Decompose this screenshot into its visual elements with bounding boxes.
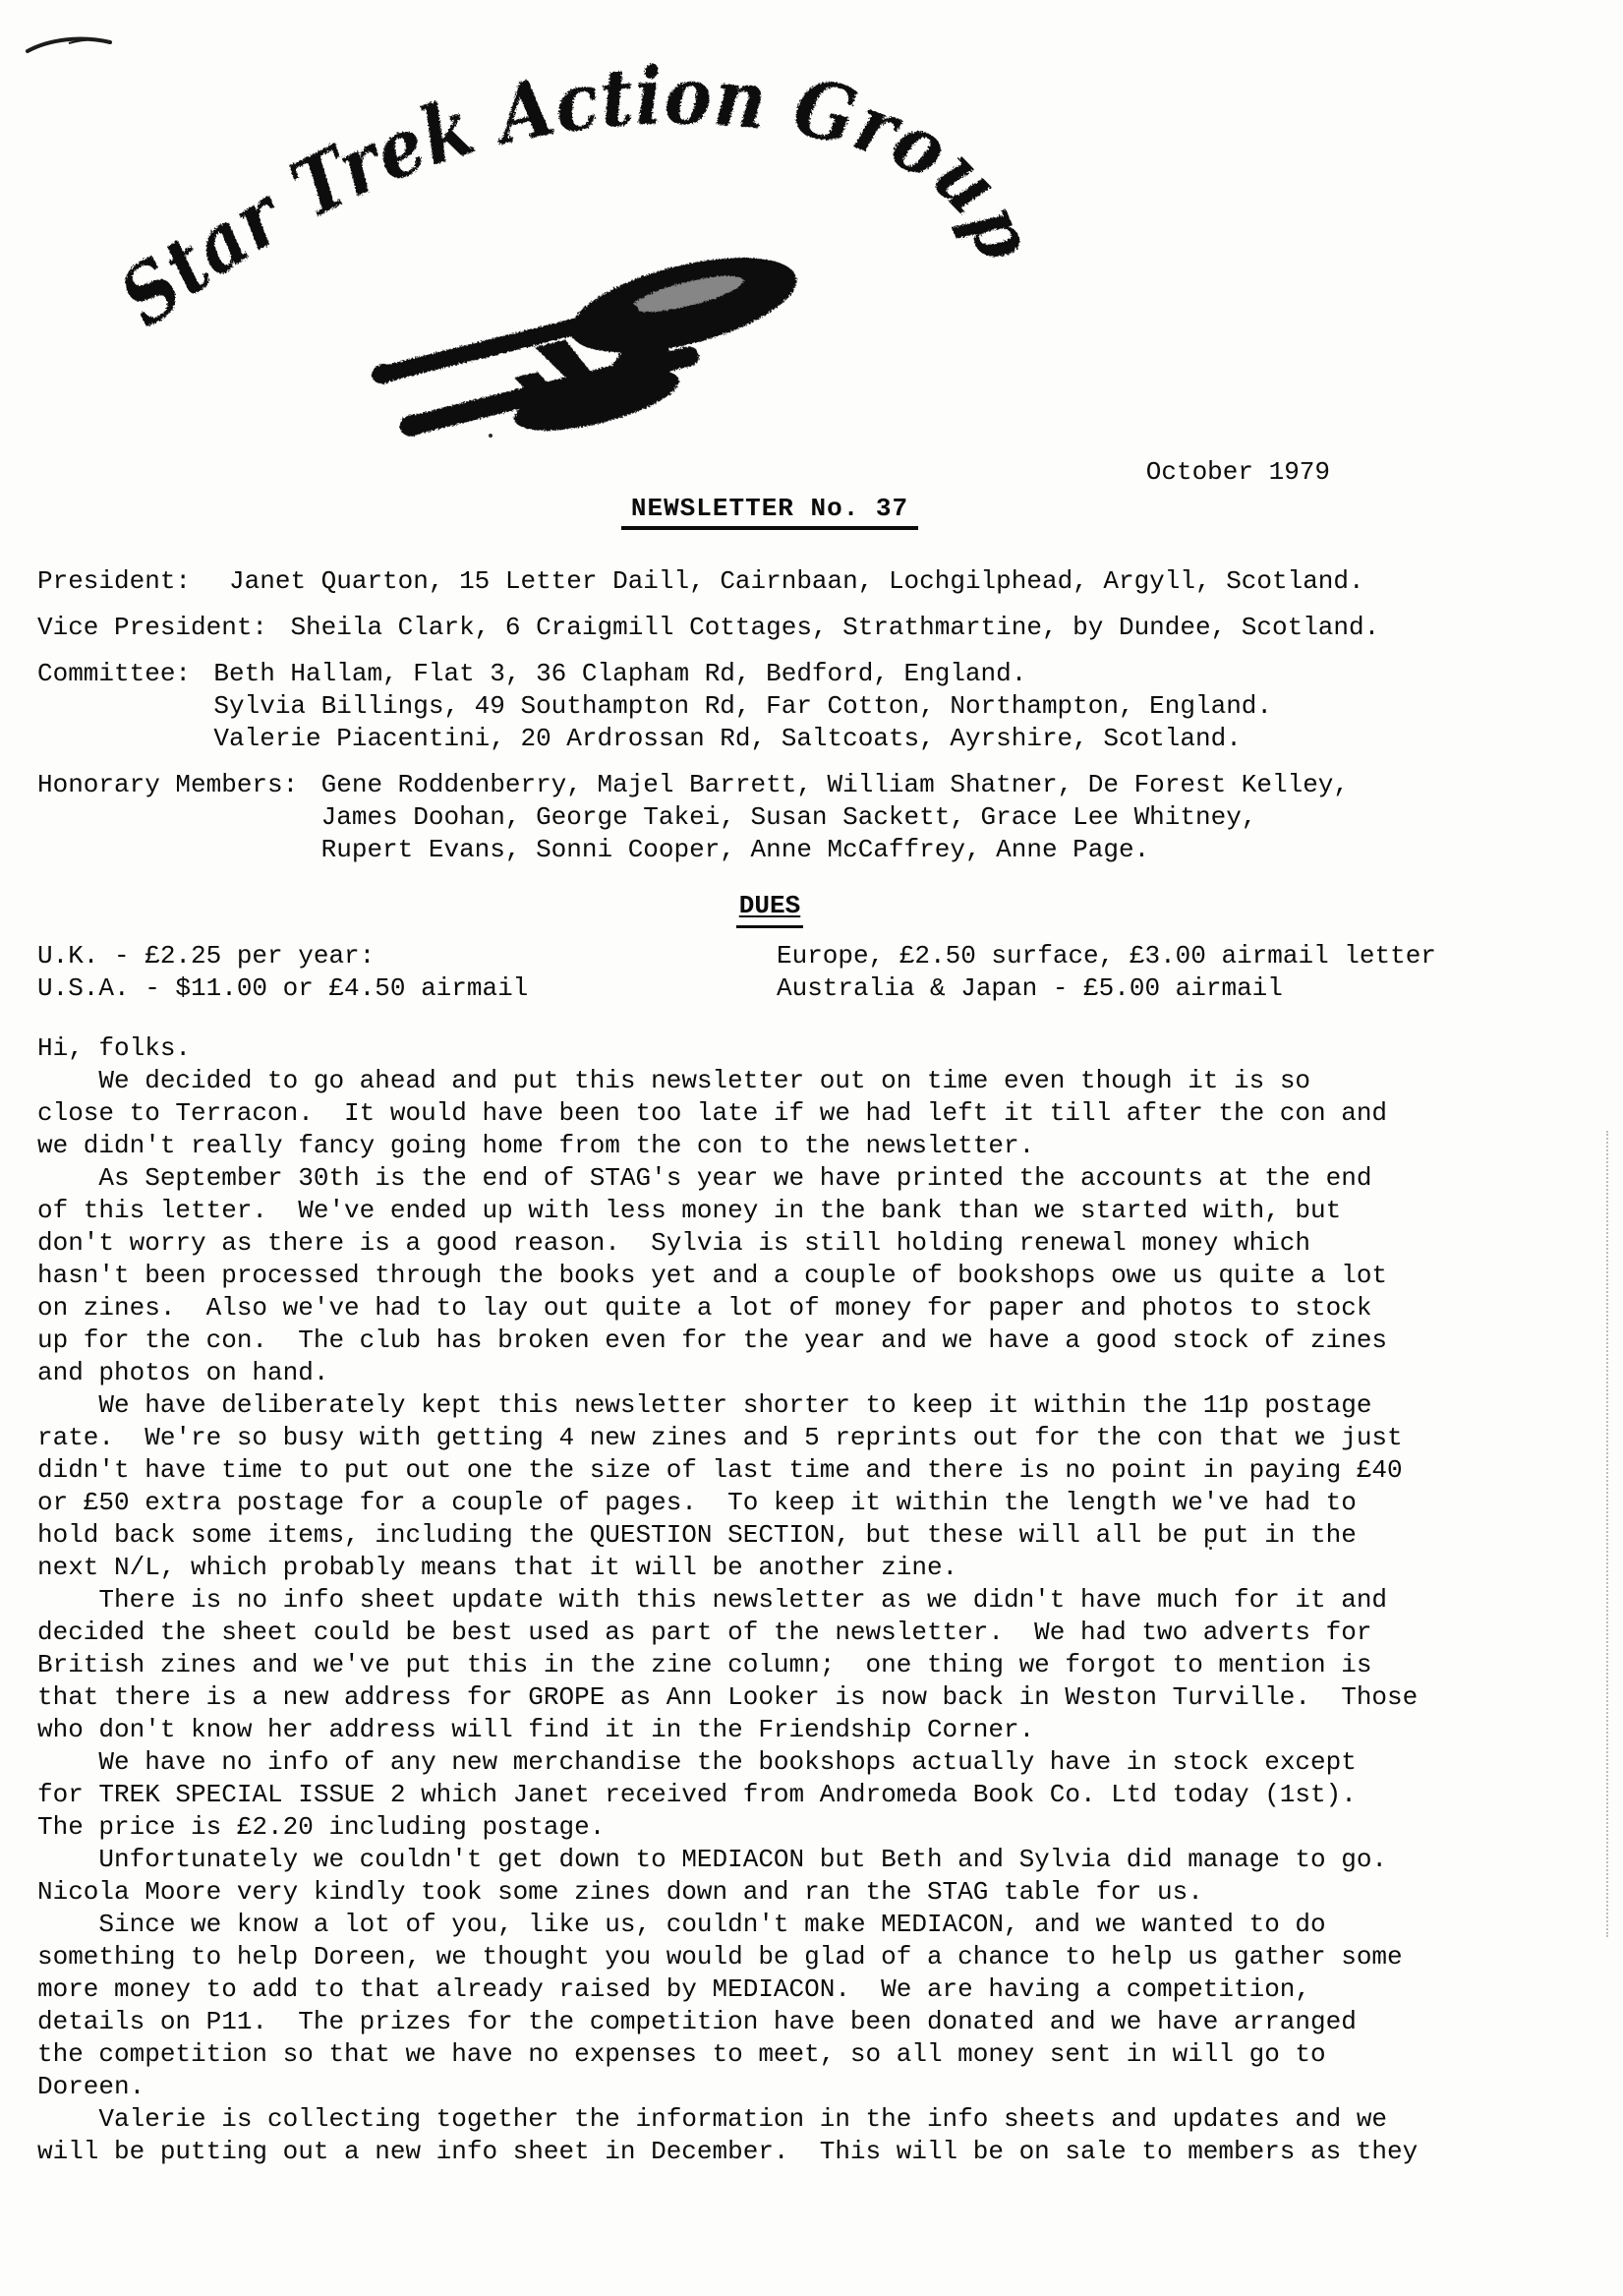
pen-mark [28, 39, 110, 51]
dues-rate: U.K. - £2.25 per year: [37, 940, 777, 972]
newsletter-title-row: NEWSLETTER No. 37 [37, 493, 1502, 530]
body-paragraph: Since we know a lot of you, like us, cou… [37, 1909, 1502, 2103]
newsletter-title: NEWSLETTER No. 37 [621, 493, 918, 530]
body-paragraph: We decided to go ahead and put this news… [37, 1065, 1502, 1162]
scanner-edge-artifact [1606, 1131, 1608, 1937]
officer-label: Vice President: [37, 612, 267, 644]
officer-label: Committee: [37, 658, 191, 690]
officer-line: Sylvia Billings, 49 Southampton Rd, Far … [213, 690, 1272, 723]
dues-heading-row: DUES [37, 890, 1502, 928]
dues-right-column: Europe, £2.50 surface, £3.00 airmail let… [777, 940, 1502, 1005]
officer-row-committee: Committee: Beth Hallam, Flat 3, 36 Claph… [37, 658, 1502, 755]
dues-rate: U.S.A. - $11.00 or £4.50 airmail [37, 972, 777, 1005]
dues-rate: Europe, £2.50 surface, £3.00 airmail let… [777, 940, 1502, 972]
dues-table: U.K. - £2.25 per year: U.S.A. - $11.00 o… [37, 940, 1502, 1005]
officer-label: President: [37, 565, 191, 598]
dues-heading: DUES [736, 890, 803, 928]
ink-speck [1209, 1547, 1212, 1550]
logo-arch-text: Star Trek Action Group [102, 49, 1053, 344]
body-paragraph: We have no info of any new merchandise t… [37, 1746, 1502, 1844]
dues-rate: Australia & Japan - £5.00 airmail [777, 972, 1502, 1005]
issue-date: October 1979 [37, 456, 1502, 489]
newsletter-header-art: Star Trek Action Group [0, 0, 1623, 442]
officer-line: James Doohan, George Takei, Susan Sacket… [321, 801, 1349, 834]
officer-line: Gene Roddenberry, Majel Barrett, William… [321, 769, 1349, 801]
officers-block: President: Janet Quarton, 15 Letter Dail… [37, 565, 1502, 866]
body-paragraph: There is no info sheet update with this … [37, 1584, 1502, 1746]
officer-row-president: President: Janet Quarton, 15 Letter Dail… [37, 565, 1502, 598]
officer-line: Beth Hallam, Flat 3, 36 Clapham Rd, Bedf… [213, 658, 1272, 690]
officer-row-honorary-members: Honorary Members: Gene Roddenberry, Maje… [37, 769, 1502, 866]
ink-speck [489, 434, 493, 438]
body-paragraph: As September 30th is the end of STAG's y… [37, 1162, 1502, 1389]
body-paragraph: Valerie is collecting together the infor… [37, 2103, 1502, 2168]
officer-line: Valerie Piacentini, 20 Ardrossan Rd, Sal… [213, 723, 1272, 755]
page-content: October 1979 NEWSLETTER No. 37 President… [0, 456, 1623, 2168]
body-paragraph: Unfortunately we couldn't get down to ME… [37, 1844, 1502, 1909]
officer-line: Rupert Evans, Sonni Cooper, Anne McCaffr… [321, 834, 1349, 866]
enterprise-illustration [364, 239, 819, 442]
body-paragraph: We have deliberately kept this newslette… [37, 1389, 1502, 1584]
officer-label: Honorary Members: [37, 769, 298, 801]
salutation: Hi, folks. [37, 1032, 1502, 1065]
officer-line: Janet Quarton, 15 Letter Daill, Cairnbaa… [229, 565, 1364, 598]
scanned-newsletter-page: Star Trek Action Group October 1979 NEWS… [0, 0, 1623, 2296]
officer-row-vice-president: Vice President: Sheila Clark, 6 Craigmil… [37, 612, 1502, 644]
dues-left-column: U.K. - £2.25 per year: U.S.A. - $11.00 o… [37, 940, 777, 1005]
officer-line: Sheila Clark, 6 Craigmill Cottages, Stra… [290, 612, 1379, 644]
